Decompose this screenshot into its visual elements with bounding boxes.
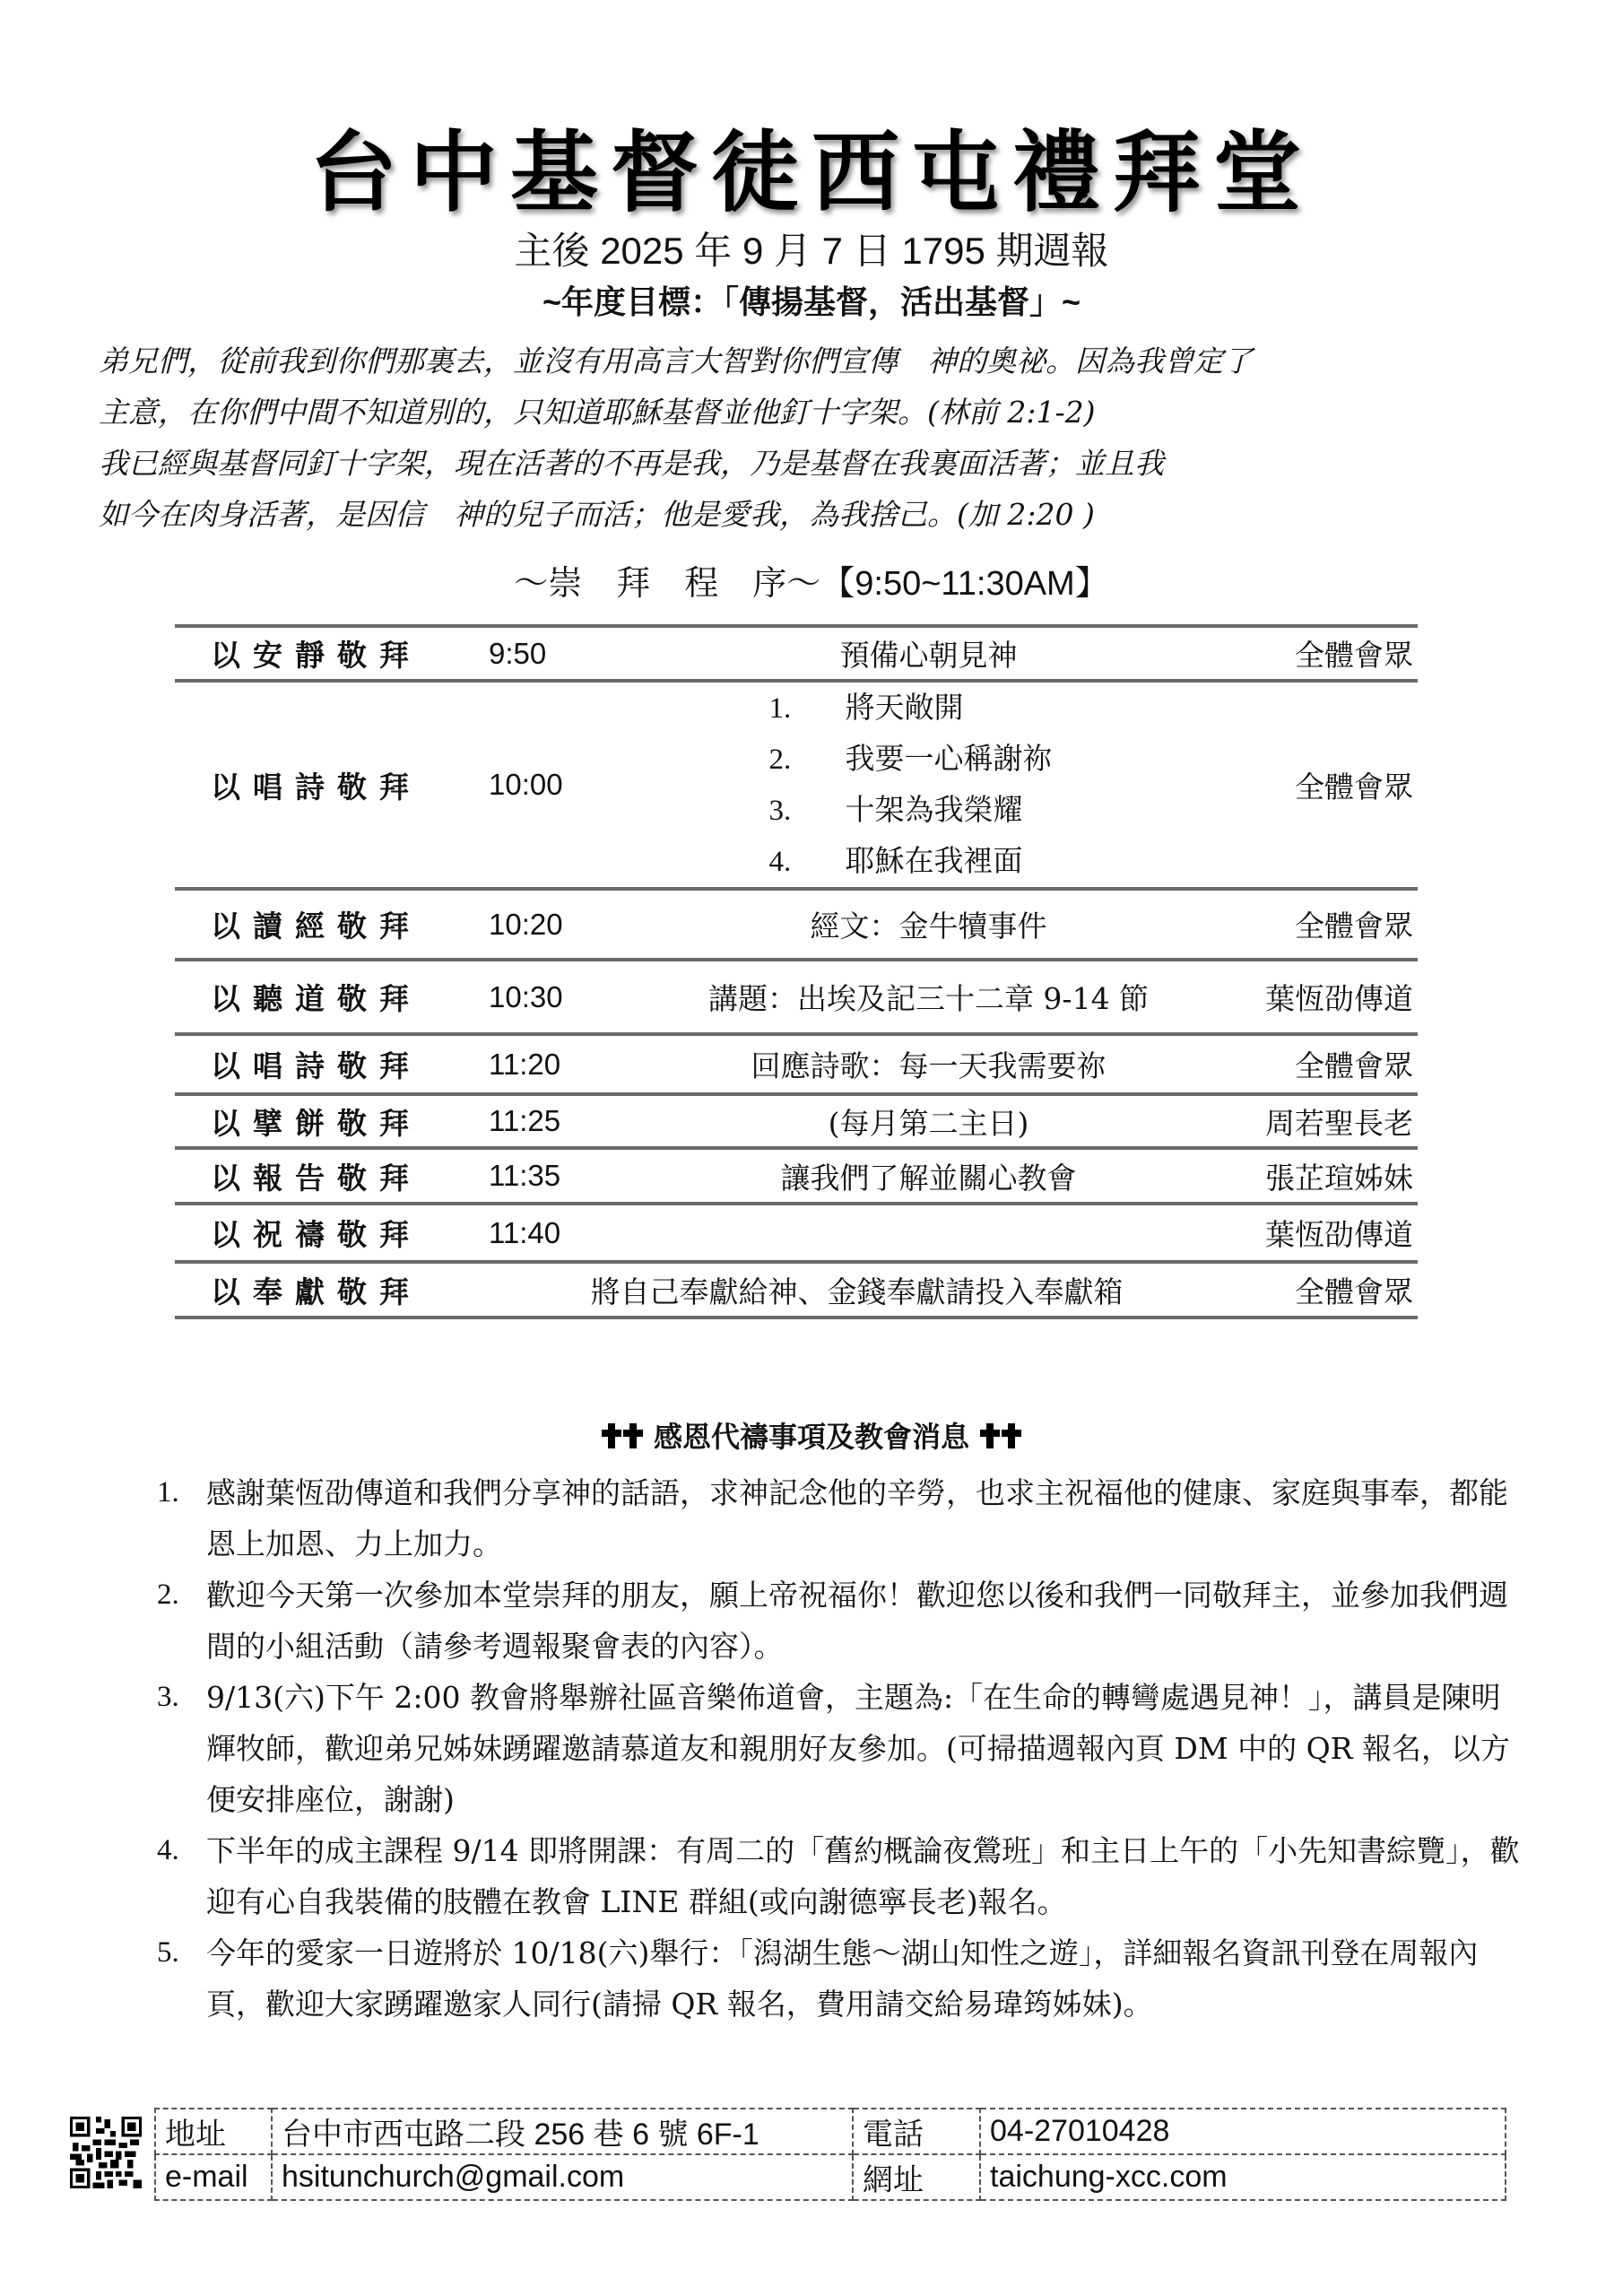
program-item-desc: 讓我們了解並關心教會 <box>623 1148 1234 1204</box>
qr-code-icon[interactable] <box>70 2117 142 2188</box>
scripture-verse: 弟兄們，從前我到你們那裏去，並沒有用高言大智對你們宣傳 神的奧祕。因為我曾定了 … <box>99 335 1533 540</box>
hymn-item: 4.耶穌在我裡面 <box>769 836 1053 887</box>
verse-line: 弟兄們，從前我到你們那裏去，並沒有用高言大智對你們宣傳 神的奧祕。因為我曾定了 <box>99 335 1533 387</box>
hymn-title: 十架為我榮耀 <box>846 792 1023 827</box>
program-item-desc: 預備心朝見神 <box>623 626 1234 681</box>
program-item-leader: 葉恆劭傳道 <box>1234 1204 1418 1262</box>
hymn-number: 1. <box>769 684 846 734</box>
news-item-number: 3. <box>157 1672 179 1723</box>
hymn-number: 3. <box>769 787 846 836</box>
website-label: 網址 <box>853 2154 980 2200</box>
program-item-time: 9:50 <box>480 626 623 681</box>
hymn-number: 2. <box>769 735 846 785</box>
program-item-time: 10:20 <box>480 889 623 960</box>
program-item-leader: 全體會眾 <box>1234 626 1418 681</box>
news-title-text: 感恩代禱事項及教會消息 <box>654 1420 969 1454</box>
program-row: 以安靜敬拜 9:50 預備心朝見神 全體會眾 <box>175 626 1418 681</box>
verse-line: 我已經與基督同釘十字架，現在活著的不再是我，乃是基督在我裏面活著；並且我 <box>99 438 1533 489</box>
hymn-list: 1.將天敞開 2.我要一心稱謝祢 3.十架為我榮耀 4.耶穌在我裡面 <box>769 683 1053 887</box>
hymn-item: 3.十架為我榮耀 <box>769 785 1053 836</box>
program-item-time: 11:35 <box>480 1148 623 1204</box>
program-item-name: 以祝禱敬拜 <box>175 1204 480 1262</box>
contact-row: 地址 台中市西屯路二段 256 巷 6 號 6F-1 電話 04-2701042… <box>155 2109 1506 2154</box>
hymn-item: 1.將天敞開 <box>769 683 1053 734</box>
news-item-text: 今年的愛家一日遊將於 10/18(六)舉行：「潟湖生態～湖山知性之遊」，詳細報名… <box>206 1935 1478 2022</box>
program-item-name: 以讀經敬拜 <box>175 889 480 960</box>
contact-info-table: 地址 台中市西屯路二段 256 巷 6 號 6F-1 電話 04-2701042… <box>154 2108 1506 2201</box>
news-item: 4.下半年的成主課程 9/14 即將開課：有周二的「舊約概論夜鶯班」和主日上午的… <box>157 1825 1520 1927</box>
news-item-number: 1. <box>157 1467 179 1518</box>
program-item-desc: 將自己奉獻給神、金錢奉獻請投入奉獻箱 <box>480 1262 1234 1318</box>
program-item-leader: 張芷瑄姊妹 <box>1234 1148 1418 1204</box>
verse-line: 如今在肉身活著，是因信 神的兒子而活；他是愛我，為我捨己。(加 2:20 ) <box>99 489 1533 540</box>
worship-order-title: ～崇 拜 程 序～【9:50~11:30AM】 <box>0 561 1623 606</box>
news-section-title: 感恩代禱事項及教會消息 <box>0 1415 1623 1458</box>
program-item-time: 11:25 <box>480 1094 623 1148</box>
hymn-item: 2.我要一心稱謝祢 <box>769 734 1053 785</box>
program-item-name: 以擘餅敬拜 <box>175 1094 480 1148</box>
program-row: 以唱詩敬拜 10:00 1.將天敞開 2.我要一心稱謝祢 3.十架為我榮耀 4.… <box>175 681 1418 889</box>
program-row: 以聽道敬拜 10:30 講題：出埃及記三十二章 9-14 節 葉恆劭傳道 <box>175 960 1418 1034</box>
program-row: 以報告敬拜 11:35 讓我們了解並關心教會 張芷瑄姊妹 <box>175 1148 1418 1204</box>
email-value[interactable]: hsitunchurch@gmail.com <box>272 2154 853 2200</box>
news-item: 2.歡迎今天第一次參加本堂崇拜的朋友，願上帝祝福你！歡迎您以後和我們一同敬拜主，… <box>157 1570 1520 1672</box>
issue-line: 主後 2025 年 9 月 7 日 1795 期週報 <box>0 226 1623 276</box>
news-item-text: 下半年的成主課程 9/14 即將開課：有周二的「舊約概論夜鶯班」和主日上午的「小… <box>206 1833 1520 1919</box>
program-item-name: 以安靜敬拜 <box>175 626 480 681</box>
cross-icon <box>1002 1423 1021 1448</box>
church-name-title: 台中基督徒西屯禮拜堂 <box>0 124 1623 222</box>
program-row: 以讀經敬拜 10:20 經文：金牛犢事件 全體會眾 <box>175 889 1418 960</box>
program-item-desc: 回應詩歌：每一天我需要祢 <box>623 1034 1234 1094</box>
contact-row: e-mail hsitunchurch@gmail.com 網址 taichun… <box>155 2154 1506 2200</box>
email-label: e-mail <box>155 2154 272 2200</box>
program-item-time: 11:20 <box>480 1034 623 1094</box>
program-item-leader: 全體會眾 <box>1234 1034 1418 1094</box>
news-item-text: 9/13(六)下午 2:00 教會將舉辦社區音樂佈道會，主題為:「在生命的轉彎處… <box>206 1680 1510 1817</box>
program-item-name: 以奉獻敬拜 <box>175 1262 480 1318</box>
program-item-name: 以聽道敬拜 <box>175 960 480 1034</box>
news-item-number: 4. <box>157 1825 179 1876</box>
news-item-number: 5. <box>157 1927 179 1979</box>
website-link[interactable]: taichung-xcc.com <box>980 2154 1506 2200</box>
program-item-leader: 全體會眾 <box>1234 889 1418 960</box>
news-item-text: 感謝葉恆劭傳道和我們分享神的話語，求神記念他的辛勞，也求主祝福他的健康、家庭與事… <box>206 1475 1508 1561</box>
program-row: 以擘餅敬拜 11:25 (每月第二主日) 周若聖長老 <box>175 1094 1418 1148</box>
hymn-number: 4. <box>769 838 846 887</box>
worship-program-table: 以安靜敬拜 9:50 預備心朝見神 全體會眾 以唱詩敬拜 10:00 1.將天敞… <box>175 624 1418 1319</box>
program-item-leader: 全體會眾 <box>1234 1262 1418 1318</box>
cross-icon <box>980 1423 1000 1448</box>
hymn-title: 將天敞開 <box>846 690 964 725</box>
program-item-time: 10:30 <box>480 960 623 1034</box>
program-item-name: 以報告敬拜 <box>175 1148 480 1204</box>
program-item-name: 以唱詩敬拜 <box>175 1034 480 1094</box>
program-item-name: 以唱詩敬拜 <box>175 681 480 889</box>
program-item-leader: 全體會眾 <box>1234 681 1418 889</box>
program-row: 以唱詩敬拜 11:20 回應詩歌：每一天我需要祢 全體會眾 <box>175 1034 1418 1094</box>
address-label: 地址 <box>155 2109 272 2154</box>
news-item: 5.今年的愛家一日遊將於 10/18(六)舉行：「潟湖生態～湖山知性之遊」，詳細… <box>157 1927 1520 2030</box>
hymn-title: 耶穌在我裡面 <box>846 843 1023 878</box>
program-item-time: 11:40 <box>480 1204 623 1262</box>
annual-goal: ~年度目標：「傳揚基督，活出基督」~ <box>0 282 1623 323</box>
program-item-desc <box>623 1204 1234 1262</box>
news-item-number: 2. <box>157 1570 179 1621</box>
program-item-desc: 經文：金牛犢事件 <box>623 889 1234 960</box>
program-item-leader: 周若聖長老 <box>1234 1094 1418 1148</box>
program-item-desc: 講題：出埃及記三十二章 9-14 節 <box>623 960 1234 1034</box>
cross-icon <box>602 1423 621 1448</box>
verse-line: 主意，在你們中間不知道別的，只知道耶穌基督並他釘十字架。(林前 2:1-2) <box>99 387 1533 438</box>
news-list: 1.感謝葉恆劭傳道和我們分享神的話語，求神記念他的辛勞，也求主祝福他的健康、家庭… <box>157 1467 1520 2030</box>
program-item-time: 10:00 <box>480 681 623 889</box>
phone-label: 電話 <box>853 2109 980 2154</box>
hymn-title: 我要一心稱謝祢 <box>846 741 1053 776</box>
program-item-leader: 葉恆劭傳道 <box>1234 960 1418 1034</box>
news-item-text: 歡迎今天第一次參加本堂崇拜的朋友，願上帝祝福你！歡迎您以後和我們一同敬拜主，並參… <box>206 1578 1508 1664</box>
program-row: 以祝禱敬拜 11:40 葉恆劭傳道 <box>175 1204 1418 1262</box>
program-row: 以奉獻敬拜 將自己奉獻給神、金錢奉獻請投入奉獻箱 全體會眾 <box>175 1262 1418 1318</box>
news-item: 1.感謝葉恆劭傳道和我們分享神的話語，求神記念他的辛勞，也求主祝福他的健康、家庭… <box>157 1467 1520 1570</box>
hymn-list-cell: 1.將天敞開 2.我要一心稱謝祢 3.十架為我榮耀 4.耶穌在我裡面 <box>623 681 1234 889</box>
cross-icon <box>623 1423 643 1448</box>
phone-value[interactable]: 04-27010428 <box>980 2109 1506 2154</box>
news-item: 3.9/13(六)下午 2:00 教會將舉辦社區音樂佈道會，主題為:「在生命的轉… <box>157 1672 1520 1825</box>
address-value: 台中市西屯路二段 256 巷 6 號 6F-1 <box>272 2109 853 2154</box>
program-item-desc: (每月第二主日) <box>623 1094 1234 1148</box>
